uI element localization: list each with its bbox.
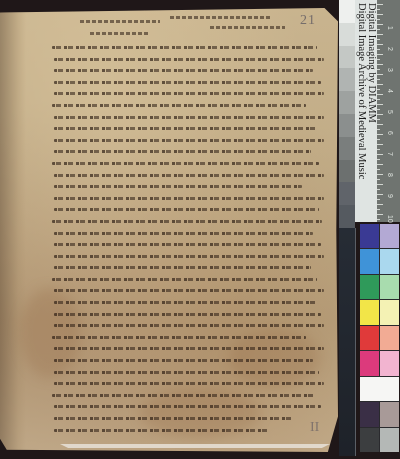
ruler-tick [377, 59, 380, 60]
ruler-tick [377, 29, 380, 30]
swatch-salmon [380, 326, 399, 350]
text-line [54, 289, 324, 292]
ruler-tick [377, 139, 380, 140]
ruler-tick [377, 84, 383, 85]
swatch-sky-blue [360, 249, 379, 273]
text-line [54, 92, 324, 95]
swatch-green [360, 275, 379, 299]
swatch-charcoal [360, 428, 379, 452]
text-line [52, 278, 317, 281]
text-line [54, 69, 313, 72]
ruler-number: 3 [386, 68, 393, 72]
ruler-tick [377, 69, 380, 70]
swatch-taupe [380, 402, 399, 426]
ruler-tick [377, 94, 383, 95]
ruler-tick [377, 209, 380, 210]
grey-step [339, 23, 355, 46]
text-line [52, 394, 314, 397]
text-line [54, 359, 313, 362]
swatch-dark-purple [360, 402, 379, 426]
binding-gutter [0, 8, 26, 452]
ruler-tick [377, 64, 383, 65]
text-line [54, 313, 321, 316]
ruler-tick [377, 169, 380, 170]
text-line [54, 324, 324, 327]
ruler-number: 9 [386, 194, 393, 198]
grey-step [339, 46, 355, 69]
ruler-tick [377, 204, 383, 205]
text-line [54, 301, 316, 304]
ruler-tick [377, 74, 383, 75]
ruler-tick [377, 104, 383, 105]
text-line [52, 104, 306, 107]
ruler-tick [377, 214, 383, 215]
manuscript-image: 21 II Digital Imaging by DIAMM Digital I… [0, 0, 400, 459]
ruler-tick [377, 99, 380, 100]
header-annotation [80, 20, 160, 23]
text-line [52, 162, 319, 165]
header-annotation [170, 16, 270, 19]
grey-step [339, 182, 355, 205]
ruler-tick [377, 19, 380, 20]
text-line [54, 197, 324, 200]
swatch-light-grey [380, 428, 399, 452]
text-line [54, 174, 324, 177]
grey-step [339, 160, 355, 183]
ruler-tick [377, 119, 380, 120]
ruler-number: 4 [386, 89, 393, 93]
ruler-tick [377, 114, 383, 115]
ruler-tick [377, 219, 380, 220]
ruler-tick [377, 34, 383, 35]
swatch-light-blue [380, 249, 399, 273]
text-line [54, 150, 311, 153]
swatch-dark-blue [360, 224, 379, 248]
header-annotation [90, 32, 150, 35]
swatch-lavender [380, 224, 399, 248]
text-line [54, 417, 292, 420]
ruler-tick [377, 159, 380, 160]
grey-scale-strip [339, 0, 355, 228]
ruler-tick [377, 109, 380, 110]
grey-step [339, 205, 355, 228]
ruler-tick [377, 89, 380, 90]
ruler-tick [377, 49, 380, 50]
label-line-1: Digital Imaging by DIAMM [366, 3, 376, 179]
grey-step [339, 0, 355, 23]
manuscript-text-block [52, 46, 322, 440]
text-line [52, 336, 306, 339]
grey-step [339, 114, 355, 137]
diamm-label: Digital Imaging by DIAMM Digital Image A… [355, 0, 377, 222]
text-line [54, 405, 321, 408]
ruler-tick [377, 174, 383, 175]
text-line [54, 255, 324, 258]
ruler-tick [377, 79, 380, 80]
swatch-light-green [380, 275, 399, 299]
text-line [52, 46, 317, 49]
ruler-number: 2 [386, 47, 393, 51]
color-swatch-grid [360, 224, 399, 452]
ruler-tick [377, 154, 383, 155]
ruler-tick [377, 54, 383, 55]
text-line [52, 220, 322, 223]
ruler-tick [377, 189, 380, 190]
text-line [54, 127, 316, 130]
text-line [54, 185, 302, 188]
text-line [54, 382, 324, 385]
text-line [54, 232, 313, 235]
text-line [54, 266, 311, 269]
ruler-tick [377, 184, 383, 185]
text-line [54, 347, 324, 350]
label-line-2: Digital Image Archive of Medieval Music [356, 3, 366, 179]
swatch-yellow [360, 300, 379, 324]
dark-reference-panel [339, 228, 356, 456]
ruler-tick [377, 144, 383, 145]
swatch-white [360, 377, 399, 401]
swatch-magenta [360, 351, 379, 375]
ruler-tick [377, 44, 383, 45]
ruler-number: 5 [386, 110, 393, 114]
text-line [54, 371, 319, 374]
text-line [54, 208, 319, 211]
ruler-tick [377, 24, 383, 25]
ruler-tick [377, 9, 380, 10]
swatch-red [360, 326, 379, 350]
color-calibration-target: Digital Imaging by DIAMM Digital Image A… [339, 0, 400, 459]
ruler-tick [377, 199, 380, 200]
text-line [54, 81, 321, 84]
header-annotation [210, 26, 285, 29]
text-line [54, 139, 324, 142]
text-line [54, 429, 270, 432]
diamm-label-text: Digital Imaging by DIAMM Digital Image A… [356, 0, 376, 179]
manuscript-folio: 21 II [0, 8, 338, 452]
ruler-tick [377, 149, 380, 150]
swatch-pink [380, 351, 399, 375]
ruler-tick [377, 194, 383, 195]
ruler-tick [377, 14, 383, 15]
ruler-tick [377, 129, 380, 130]
signature-mark: II [310, 420, 319, 436]
ruler-tick [377, 134, 383, 135]
ruler-tick [377, 164, 383, 165]
grey-step [339, 137, 355, 160]
text-line [54, 116, 324, 119]
text-line [54, 58, 324, 61]
ruler-tick [377, 179, 380, 180]
ruler-tick [377, 39, 380, 40]
grey-step [339, 91, 355, 114]
text-line [54, 243, 321, 246]
ruler-number: 1 [386, 26, 393, 30]
ruler-tick [377, 4, 383, 5]
measurement-ruler: 12345678910 [377, 0, 400, 222]
ruler-number: 10 [386, 215, 393, 223]
ruler-number: 8 [386, 173, 393, 177]
grey-step [339, 68, 355, 91]
ruler-number: 7 [386, 152, 393, 156]
ruler-tick [377, 124, 383, 125]
folio-number: 21 [300, 13, 316, 29]
ruler-number: 6 [386, 131, 393, 135]
swatch-pale-yellow [380, 300, 399, 324]
page-edge [60, 444, 330, 448]
